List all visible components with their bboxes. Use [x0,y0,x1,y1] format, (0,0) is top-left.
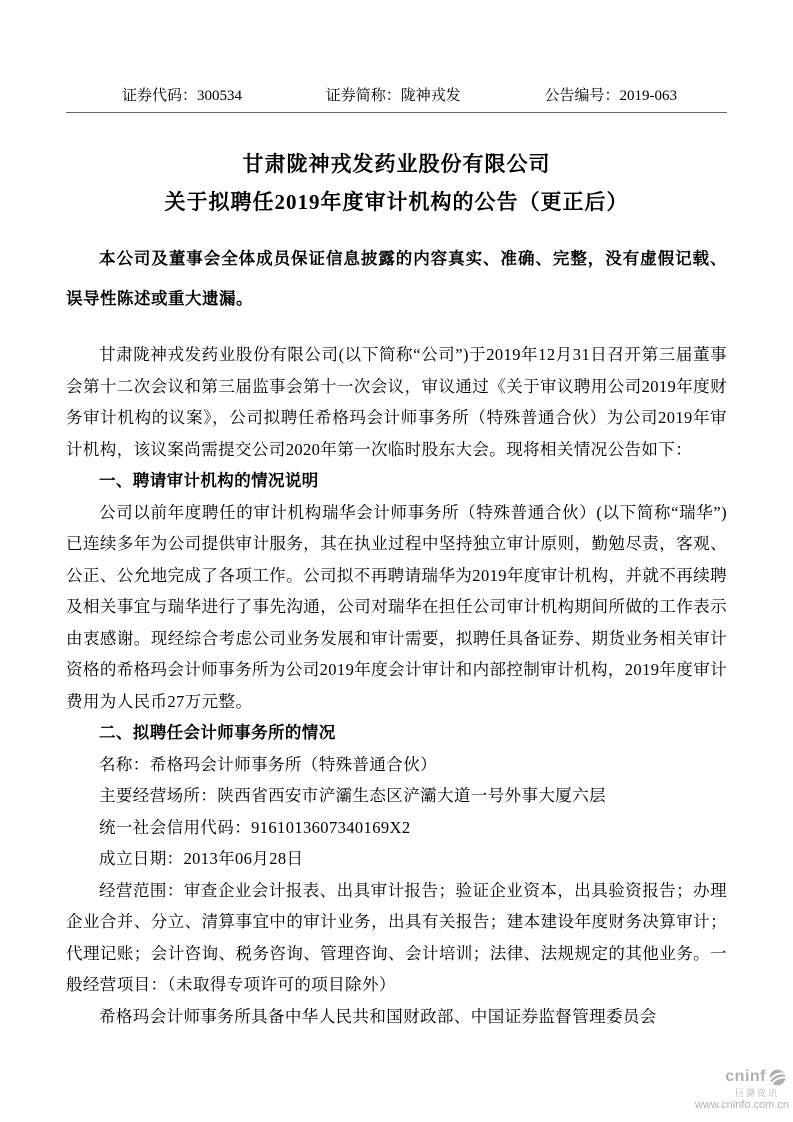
firm-address-line: 主要经营场所：陕西省西安市浐灞生态区浐灞大道一号外事大厦六层 [66,780,727,812]
cninfo-site-url: www.cninfo.com.cn [695,1099,789,1112]
announcement-page: 证券代码：300534 证券简称：陇神戎发 公告编号：2019-063 甘肃陇神… [0,0,793,1122]
announcement-text: 甘肃陇神戎发药业股份有限公司(以下简称“公司”)于2019年12月31日召开第三… [66,339,727,1032]
cninfo-watermark: cninf 巨潮资讯 www.cninfo.com.cn [695,1068,789,1112]
firm-credit-code-line: 统一社会信用代码：9161013607340169X2 [66,812,727,844]
document-body: 证券代码：300534 证券简称：陇神戎发 公告编号：2019-063 甘肃陇神… [66,86,727,1032]
firm-business-scope-paragraph: 经营范围：审查企业会计报表、出具审计报告；验证企业资本，出具验资报告；办理企业合… [66,875,727,1001]
company-name-title: 甘肃陇神戎发药业股份有限公司 [66,145,727,183]
firm-name-line: 名称：希格玛会计师事务所（特殊普通合伙） [66,749,727,781]
stock-abbr-label: 证券简称：陇神戎发 [326,86,461,106]
announcement-number-label: 公告编号：2019-063 [545,86,678,106]
securities-header: 证券代码：300534 证券简称：陇神戎发 公告编号：2019-063 [122,86,677,106]
cninfo-brand-name: 巨潮资讯 [695,1088,789,1098]
section-heading-2: 二、拟聘任会计师事务所的情况 [66,717,727,749]
paragraph-audit-change: 公司以前年度聘任的审计机构瑞华会计师事务所（特殊普通合伙）(以下简称“瑞华”)已… [66,497,727,718]
header-divider [66,112,727,113]
document-title: 甘肃陇神戎发药业股份有限公司 关于拟聘任2019年度审计机构的公告（更正后） [66,145,727,221]
stock-code-label: 证券代码：300534 [122,86,242,106]
section-heading-1: 一、聘请审计机构的情况说明 [66,465,727,497]
announcement-title: 关于拟聘任2019年度审计机构的公告（更正后） [66,183,727,221]
firm-qualification-paragraph: 希格玛会计师事务所具备中华人民共和国财政部、中国证券监督管理委员会 [66,1001,727,1033]
paragraph-meeting-resolution: 甘肃陇神戎发药业股份有限公司(以下简称“公司”)于2019年12月31日召开第三… [66,339,727,465]
cninfo-swirl-icon [768,1068,787,1087]
cninfo-logo-text: cninf [725,1068,766,1086]
firm-founding-date-line: 成立日期：2013年06月28日 [66,843,727,875]
truthfulness-declaration: 本公司及董事会全体成员保证信息披露的内容真实、准确、完整，没有虚假记载、误导性陈… [66,239,727,319]
cninfo-logo: cninf [695,1068,789,1087]
